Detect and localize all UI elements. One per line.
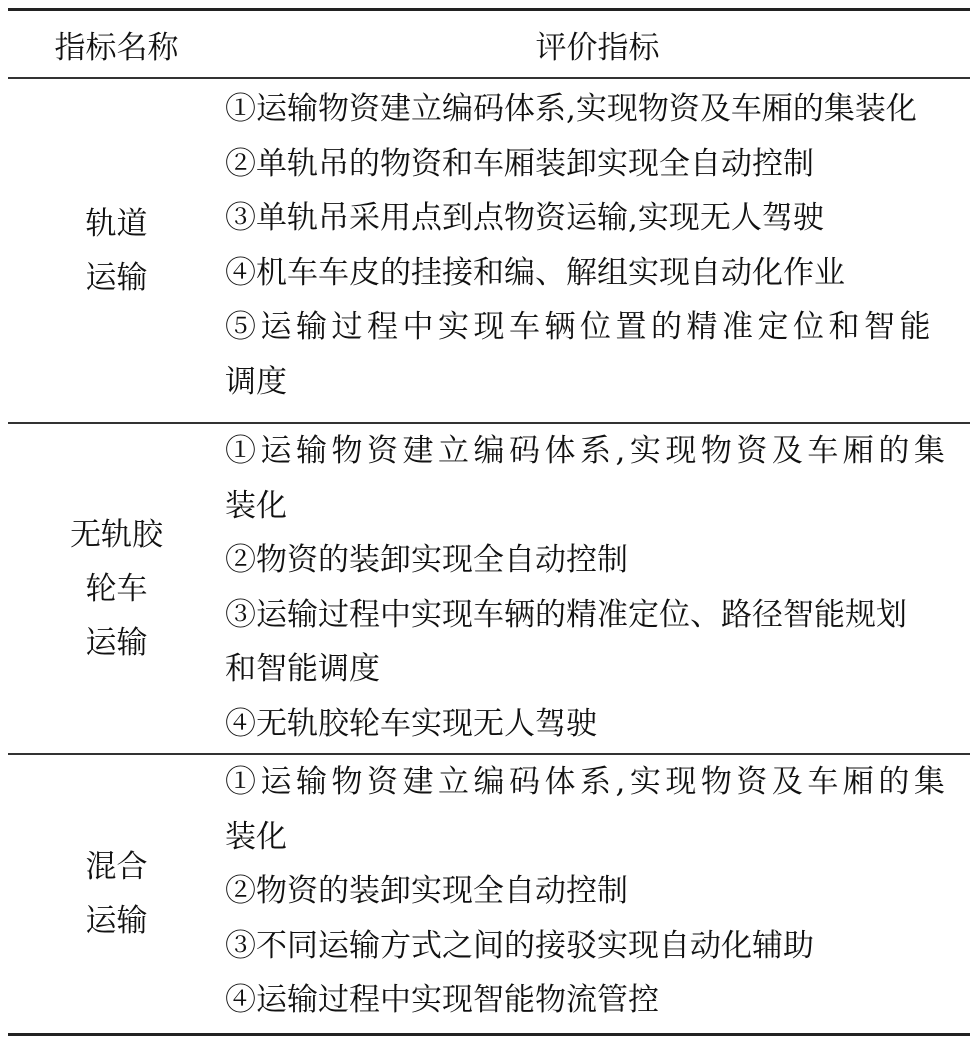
section-mixed-transport: 混合 运输 ①运输物资建立编码体系,实现物资及车厢的集 装化 ②物资的装卸实现全… (8, 755, 970, 1033)
section-name-line: 轨道 (86, 197, 148, 251)
section-name: 无轨胶 轮车 运输 (8, 424, 225, 753)
item-line: ④运输过程中实现智能物流管控 (225, 973, 970, 1028)
section-name-line: 无轨胶 (70, 508, 163, 562)
item-line: ②物资的装卸实现全自动控制 (225, 533, 970, 588)
item-line: ①运输物资建立编码体系,实现物资及车厢的集 (225, 755, 970, 810)
section-items: ①运输物资建立编码体系,实现物资及车厢的集装化 ②单轨吊的物资和车厢装卸实现全自… (225, 79, 970, 422)
item-line: 装化 (225, 810, 970, 865)
evaluation-table: 指标名称 评价指标 轨道 运输 ①运输物资建立编码体系,实现物资及车厢的集装化 … (8, 8, 970, 1036)
header-evaluation-indicator: 评价指标 (225, 22, 970, 67)
section-name-line: 轮车 (86, 562, 148, 616)
section-name: 轨道 运输 (8, 79, 225, 422)
section-items: ①运输物资建立编码体系,实现物资及车厢的集 装化 ②物资的装卸实现全自动控制 ③… (225, 424, 970, 753)
item-line: ②单轨吊的物资和车厢装卸实现全自动控制 (225, 137, 970, 192)
item-line: ③不同运输方式之间的接驳实现自动化辅助 (225, 919, 970, 974)
section-name-line: 运输 (86, 251, 148, 305)
section-name-line: 混合 (86, 840, 148, 894)
header-indicator-name: 指标名称 (8, 22, 225, 67)
item-line: 装化 (225, 479, 970, 534)
item-line: ③运输过程中实现车辆的精准定位、路径智能规划 (225, 588, 970, 643)
item-line: ④机车车皮的挂接和编、解组实现自动化作业 (225, 246, 970, 301)
item-line: ①运输物资建立编码体系,实现物资及车厢的集 (225, 424, 970, 479)
item-line: 和智能调度 (225, 642, 970, 697)
item-line: ①运输物资建立编码体系,实现物资及车厢的集装化 (225, 82, 970, 137)
section-rail-transport: 轨道 运输 ①运输物资建立编码体系,实现物资及车厢的集装化 ②单轨吊的物资和车厢… (8, 79, 970, 422)
item-line: ③单轨吊采用点到点物资运输,实现无人驾驶 (225, 191, 970, 246)
bottom-rule (8, 1033, 970, 1036)
item-line: 调度 (225, 355, 970, 410)
item-line: ②物资的装卸实现全自动控制 (225, 864, 970, 919)
table-header: 指标名称 评价指标 (8, 11, 970, 77)
section-trackless-vehicle-transport: 无轨胶 轮车 运输 ①运输物资建立编码体系,实现物资及车厢的集 装化 ②物资的装… (8, 424, 970, 753)
section-items: ①运输物资建立编码体系,实现物资及车厢的集 装化 ②物资的装卸实现全自动控制 ③… (225, 755, 970, 1033)
section-name-line: 运输 (86, 894, 148, 948)
section-name-line: 运输 (86, 616, 148, 670)
item-line: ④无轨胶轮车实现无人驾驶 (225, 697, 970, 752)
item-line: ⑤运输过程中实现车辆位置的精准定位和智能 (225, 300, 970, 355)
section-name: 混合 运输 (8, 755, 225, 1033)
